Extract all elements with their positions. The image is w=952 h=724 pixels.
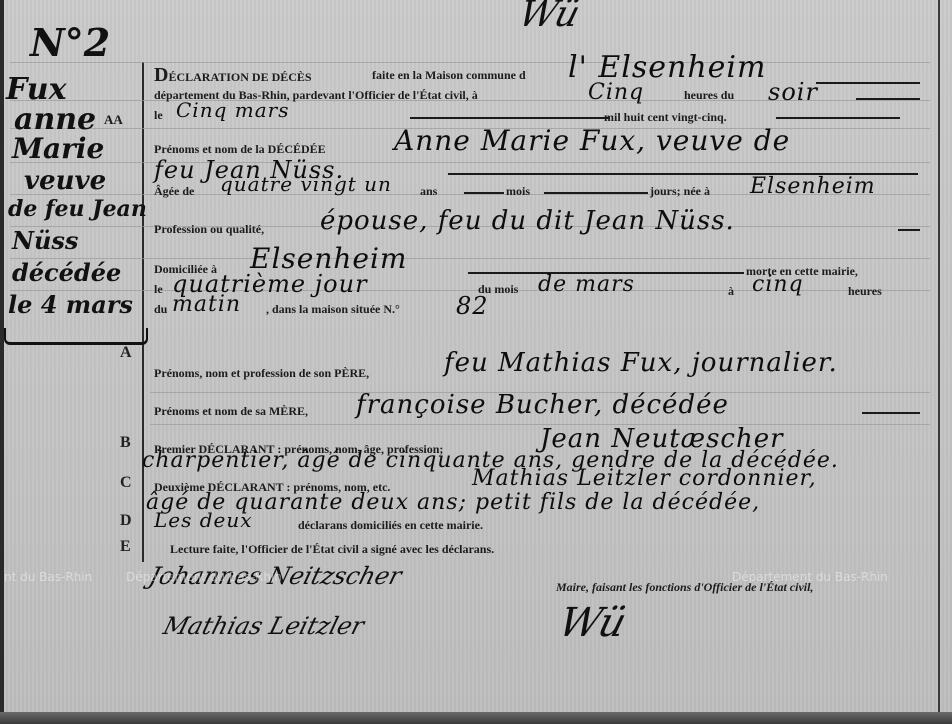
page-left-edge <box>0 0 4 724</box>
fill-dash <box>410 117 610 119</box>
margin-line: Nüss <box>12 226 78 255</box>
mother-value: françoise Bucher, décédée <box>356 390 729 420</box>
page-bottom-edge <box>0 712 952 724</box>
fill-dash <box>544 192 648 194</box>
margin-line: décédée <box>12 258 121 287</box>
ruled-line <box>10 62 930 63</box>
watermark: nt du Bas-Rhin <box>4 570 92 584</box>
fill-dash <box>898 229 920 231</box>
profession-value: épouse, feu du dit Jean Nüss. <box>320 206 735 236</box>
fill-dash <box>776 117 900 119</box>
declaration-date: Cinq mars <box>176 98 289 122</box>
margin-annotation: AA <box>104 112 123 128</box>
document-page: Wü N°2 Fux anne AA Marie veuve de feu Je… <box>0 0 952 724</box>
signature-mayor: Wü <box>554 600 632 646</box>
line1-print: faite en la Maison commune d <box>372 68 526 83</box>
hours-of-label: heures du <box>684 88 734 103</box>
year-print: mil huit cent vingt-cinq. <box>604 110 727 125</box>
death-hour: cinq <box>752 272 804 297</box>
record-number: N°2 <box>30 20 110 65</box>
hour-label: à <box>728 284 734 299</box>
fill-dash <box>464 192 504 194</box>
declaration-hour: Cinq <box>588 80 644 105</box>
birthplace: Elsenheim <box>750 174 876 199</box>
row-letter-e: E <box>120 538 131 556</box>
house-number: 82 <box>456 292 489 320</box>
row-letter-b: B <box>120 434 131 452</box>
margin-line: veuve <box>24 166 106 196</box>
ruled-line <box>10 258 930 259</box>
profession-label: Profession ou qualité, <box>154 222 264 237</box>
house-label: , dans la maison située N.° <box>266 302 400 317</box>
mother-label: Prénoms et nom de sa MÈRE, <box>154 404 308 419</box>
age-label: Âgée de <box>154 184 194 199</box>
decedent-name: Anne Marie Fux, veuve de <box>394 124 790 157</box>
age-days-label: jours; née à <box>650 184 710 199</box>
form-title: DÉCLARATION DE DÉCÈS <box>154 64 312 87</box>
fill-dash <box>816 82 920 84</box>
signature-declarant2: Mathias Leitzler <box>160 612 367 640</box>
decedent-label: Prénoms et nom de la DÉCÉDÉE <box>154 142 326 157</box>
declarant2-name: Mathias Leitzler cordonnier, <box>472 466 817 491</box>
death-month: de mars <box>538 272 635 297</box>
date-label: le <box>154 108 163 123</box>
father-value: feu Mathias Fux, journalier. <box>444 348 838 378</box>
margin-divider-rule <box>142 62 144 562</box>
row-letter-c: C <box>120 474 132 492</box>
death-period: matin <box>172 292 241 317</box>
period-label: du <box>154 302 167 317</box>
ruled-line <box>10 162 930 163</box>
age-months-label: mois <box>506 184 530 199</box>
hour-suffix: heures <box>848 284 882 299</box>
both-declarants: Les deux <box>154 508 253 532</box>
margin-line: de feu Jean <box>8 196 147 222</box>
row-letter-a: A <box>120 344 132 362</box>
age-years-label: ans <box>420 184 437 199</box>
father-label: Prénoms, nom et profession de son PÈRE, <box>154 366 369 381</box>
declaration-period: soir <box>768 78 818 106</box>
watermark: Département du Bas-Rhin <box>126 570 282 584</box>
fill-dash <box>856 98 920 100</box>
both-print: déclarans domiciliés en cette mairie. <box>298 518 483 533</box>
age-value: quatre vingt un <box>220 172 392 196</box>
watermark: Département du Bas-Rhin <box>732 570 888 584</box>
reading-statement: Lecture faite, l'Officier de l'État civi… <box>170 542 494 557</box>
right-border-rule <box>938 0 940 712</box>
margin-line: Marie <box>12 132 104 165</box>
margin-bracket <box>4 328 148 345</box>
day-label: le <box>154 282 163 297</box>
fill-dash <box>862 412 920 414</box>
margin-date: le 4 mars <box>8 290 133 319</box>
row-letter-d: D <box>120 512 132 530</box>
top-initial-mark: Wü <box>515 0 585 35</box>
